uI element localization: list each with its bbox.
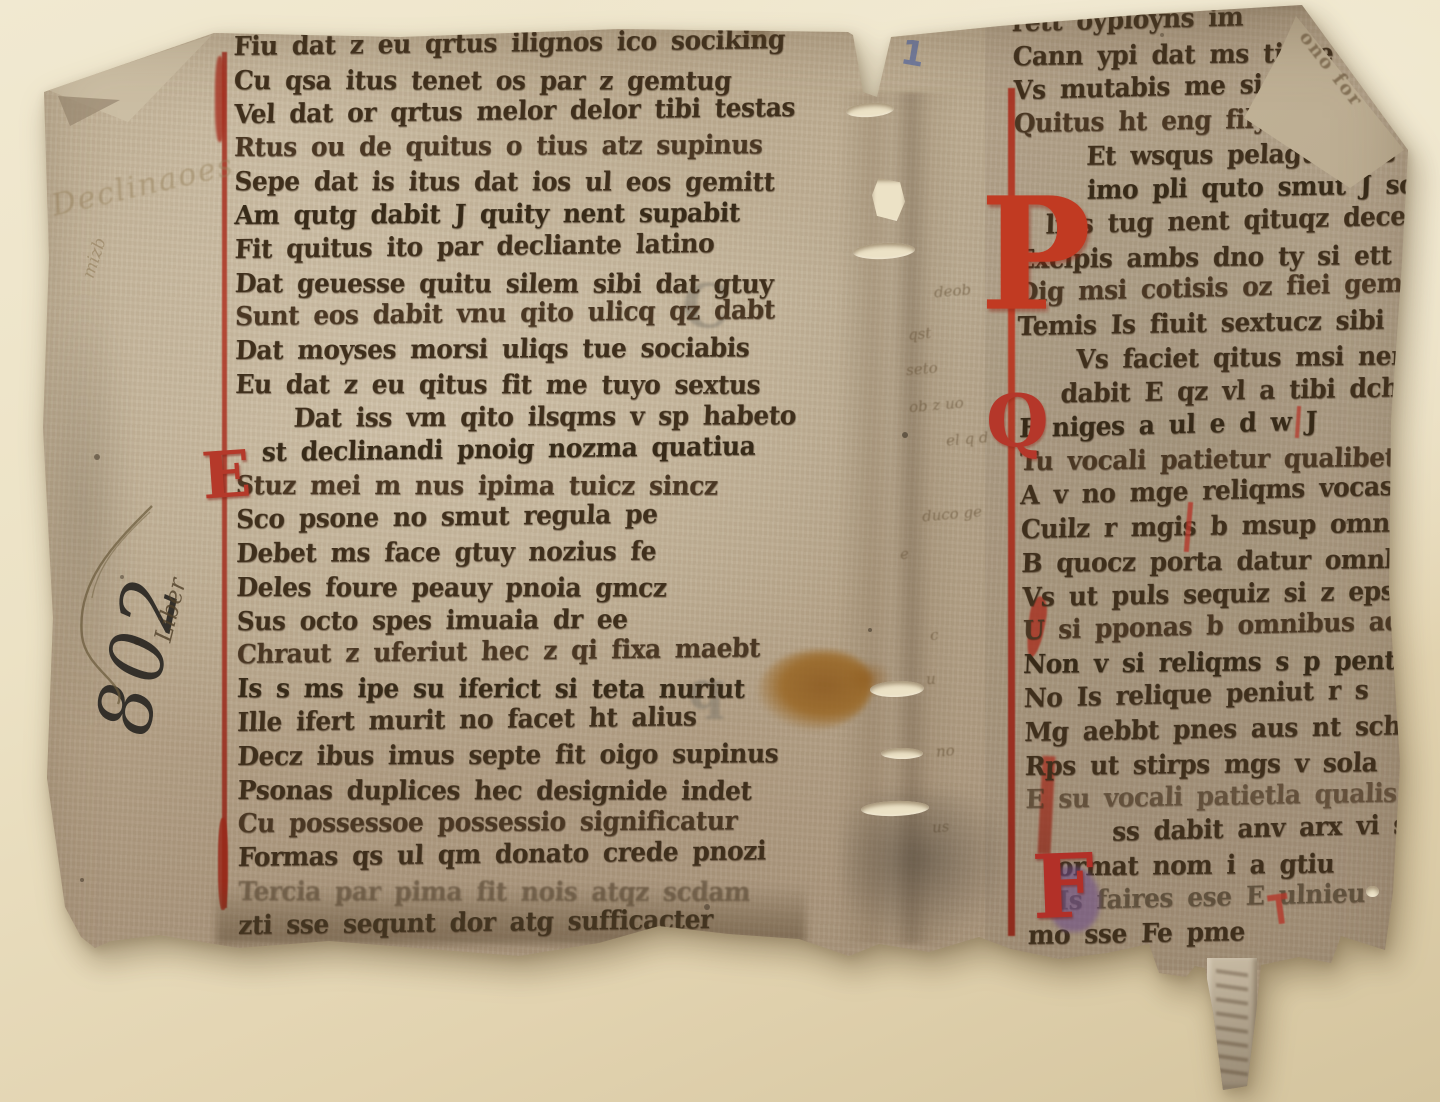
parchment-shadow: deobqstsetoob z uoel q dduco geecunousnb… bbox=[0, 0, 1440, 1102]
parchment-fragment: deobqstsetoob z uoel q dduco geecunousnb… bbox=[0, 0, 1440, 1102]
dirt-specks bbox=[0, 0, 4, 4]
sewing-slit bbox=[881, 748, 923, 759]
gutter-gloss: nb bbox=[0, 0, 20, 19]
torn-dangling-strip bbox=[1207, 958, 1257, 1090]
manuscript-photo: deobqstsetoob z uoel q dduco geecunousnb… bbox=[0, 0, 1440, 1102]
ink-offset-ghost-letter: l bbox=[0, 0, 6, 19]
worm-hole bbox=[1366, 886, 1379, 897]
edge-vignette bbox=[0, 0, 1440, 1102]
